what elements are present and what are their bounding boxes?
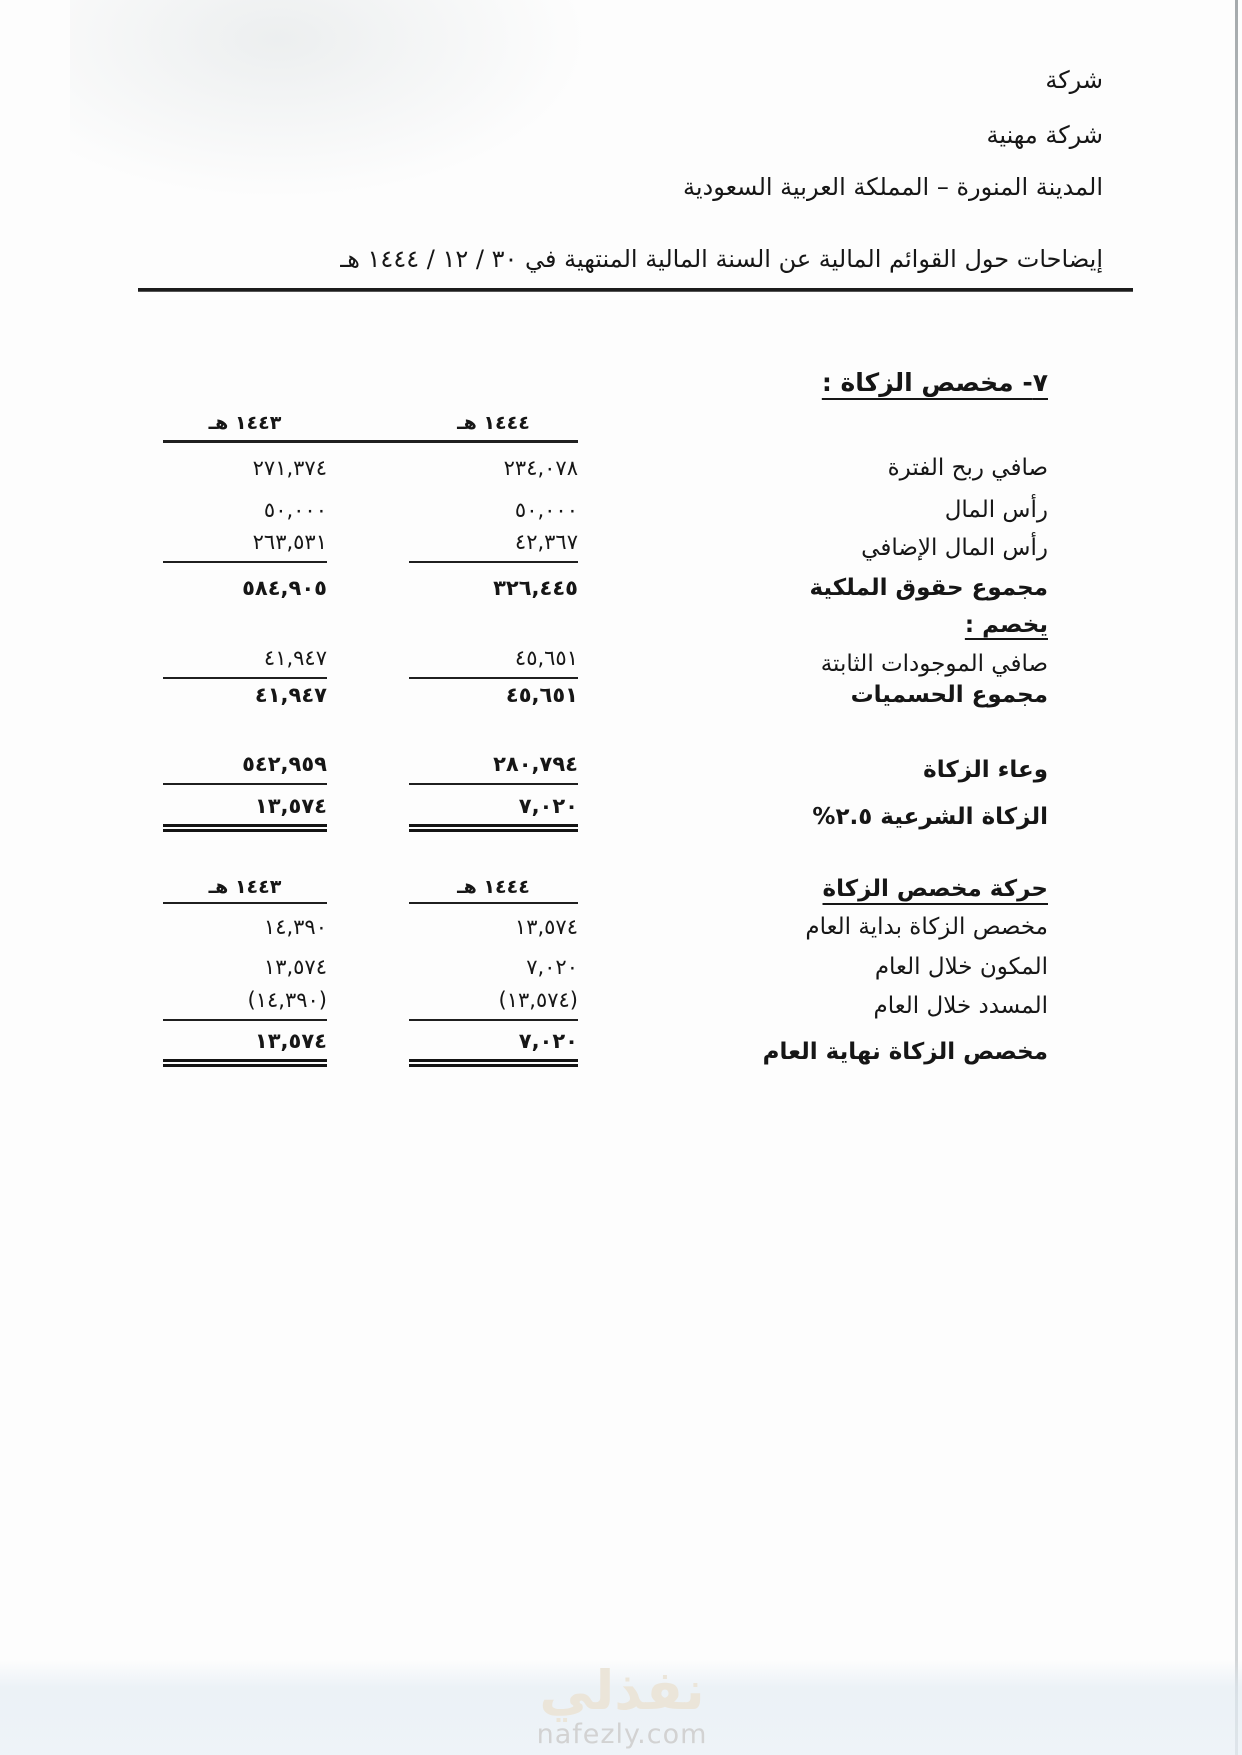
value-1444: ٧,٠٢٠ — [409, 952, 578, 982]
table-row-sharia-zakat: الزكاة الشرعية ٢.٥% ٧,٠٢٠ ١٣,٥٧٤ — [163, 791, 1048, 832]
value-1443: ١٣,٥٧٤ — [163, 952, 327, 982]
col-header-1443: ١٤٤٣ هـ — [163, 872, 327, 904]
value-1443: ٤١,٩٤٧ — [163, 680, 327, 710]
value-1444: ٤٥,٦٥١ — [409, 643, 578, 679]
value-1444: ١٣,٥٧٤ — [409, 912, 578, 942]
row-label: المسدد خلال العام — [640, 991, 1048, 1021]
company-name: شركة — [1045, 64, 1103, 96]
value-1443: ٤١,٩٤٧ — [163, 643, 327, 679]
paper-edge-line — [1235, 0, 1238, 1755]
col-header-1444: ١٤٤٤ هـ — [409, 872, 578, 904]
table-row: مخصص الزكاة بداية العام ١٣,٥٧٤ ١٤,٣٩٠ — [163, 912, 1048, 942]
value-1443: (١٤,٣٩٠) — [163, 985, 327, 1021]
company-type: شركة مهنية — [986, 119, 1103, 151]
table-row: رأس المال الإضافي ٤٢,٣٦٧ ٢٦٣,٥٣١ — [163, 527, 1048, 563]
row-label: وعاء الزكاة — [640, 755, 1048, 785]
row-label: رأس المال — [640, 495, 1048, 525]
table-row-total-deductions: مجموع الحسميات ٤٥,٦٥١ ٤١,٩٤٧ — [163, 680, 1048, 710]
value-1443: ٢٧١,٣٧٤ — [163, 453, 327, 483]
value-1443: ١٣,٥٧٤ — [163, 791, 327, 832]
value-1444: ٢٨٠,٧٩٤ — [409, 749, 578, 785]
row-label: صافي الموجودات الثابتة — [640, 649, 1048, 679]
table-row: المسدد خلال العام (١٣,٥٧٤) (١٤,٣٩٠) — [163, 985, 1048, 1021]
watermark: نفذلي nafezly.com — [477, 1662, 767, 1750]
row-label: مجموع حقوق الملكية — [640, 573, 1048, 603]
col-header-1443: ١٤٤٣ هـ — [163, 408, 327, 438]
table-row-zakat-base: وعاء الزكاة ٢٨٠,٧٩٤ ٥٤٢,٩٥٩ — [163, 749, 1048, 785]
value-1444: ٧,٠٢٠ — [409, 1026, 578, 1067]
value-1443: ٥٤٢,٩٥٩ — [163, 749, 327, 785]
value-1444: ٤٥,٦٥١ — [409, 680, 578, 710]
deduct-label: يخصم : — [640, 610, 1048, 640]
row-label: رأس المال الإضافي — [640, 533, 1048, 563]
section-title-zakat-provision: ٧- مخصص الزكاة : — [822, 368, 1048, 397]
row-label: مخصص الزكاة بداية العام — [640, 912, 1048, 942]
table-row-total-equity: مجموع حقوق الملكية ٣٢٦,٤٤٥ ٥٨٤,٩٠٥ — [163, 573, 1048, 603]
movement-header-row: حركة مخصص الزكاة ١٤٤٤ هـ ١٤٤٣ هـ — [163, 872, 1048, 904]
table-row: صافي الموجودات الثابتة ٤٥,٦٥١ ٤١,٩٤٧ — [163, 643, 1048, 679]
zakat-base-table: ١٤٤٤ هـ ١٤٤٣ هـ صافي ربح الفترة ٢٣٤,٠٧٨ … — [163, 405, 1048, 855]
row-label: الزكاة الشرعية ٢.٥% — [640, 802, 1048, 832]
row-label: المكون خلال العام — [640, 952, 1048, 982]
value-1444: ٢٣٤,٠٧٨ — [409, 453, 578, 483]
scanned-document-page: شركة شركة مهنية المدينة المنورة – المملك… — [0, 0, 1242, 1755]
zakat-movement-table: حركة مخصص الزكاة ١٤٤٤ هـ ١٤٤٣ هـ مخصص ال… — [163, 870, 1048, 1080]
table-row: المكون خلال العام ٧,٠٢٠ ١٣,٥٧٤ — [163, 952, 1048, 982]
company-location: المدينة المنورة – المملكة العربية السعود… — [683, 171, 1103, 203]
value-1443: ١٤,٣٩٠ — [163, 912, 327, 942]
table-header-row: ١٤٤٤ هـ ١٤٤٣ هـ — [163, 408, 1048, 438]
title-divider-rule — [138, 288, 1133, 292]
header-rule — [163, 440, 578, 443]
row-label: مجموع الحسميات — [640, 680, 1048, 710]
deduct-heading-row: يخصم : — [163, 610, 1048, 640]
value-1443: ٥٠,٠٠٠ — [163, 495, 327, 525]
value-1444: ٤٢,٣٦٧ — [409, 527, 578, 563]
value-1443: ٥٨٤,٩٠٥ — [163, 573, 327, 603]
movement-title: حركة مخصص الزكاة — [640, 874, 1048, 904]
nafezly-logo: نفذلي — [477, 1662, 767, 1720]
row-label: مخصص الزكاة نهاية العام — [640, 1037, 1048, 1067]
value-1444: ٣٢٦,٤٤٥ — [409, 573, 578, 603]
value-1444: ٧,٠٢٠ — [409, 791, 578, 832]
col-header-1444: ١٤٤٤ هـ — [409, 408, 578, 438]
table-row-provision-end: مخصص الزكاة نهاية العام ٧,٠٢٠ ١٣,٥٧٤ — [163, 1026, 1048, 1067]
table-row: صافي ربح الفترة ٢٣٤,٠٧٨ ٢٧١,٣٧٤ — [163, 453, 1048, 483]
table-row: رأس المال ٥٠,٠٠٠ ٥٠,٠٠٠ — [163, 495, 1048, 525]
value-1443: ٢٦٣,٥٣١ — [163, 527, 327, 563]
value-1444: (١٣,٥٧٤) — [409, 985, 578, 1021]
value-1444: ٥٠,٠٠٠ — [409, 495, 578, 525]
value-1443: ١٣,٥٧٤ — [163, 1026, 327, 1067]
scan-smudge-artifact — [70, 0, 590, 200]
row-label: صافي ربح الفترة — [640, 453, 1048, 483]
nafezly-site-text: nafezly.com — [477, 1720, 767, 1750]
statement-title: إيضاحات حول القوائم المالية عن السنة الم… — [340, 243, 1103, 275]
